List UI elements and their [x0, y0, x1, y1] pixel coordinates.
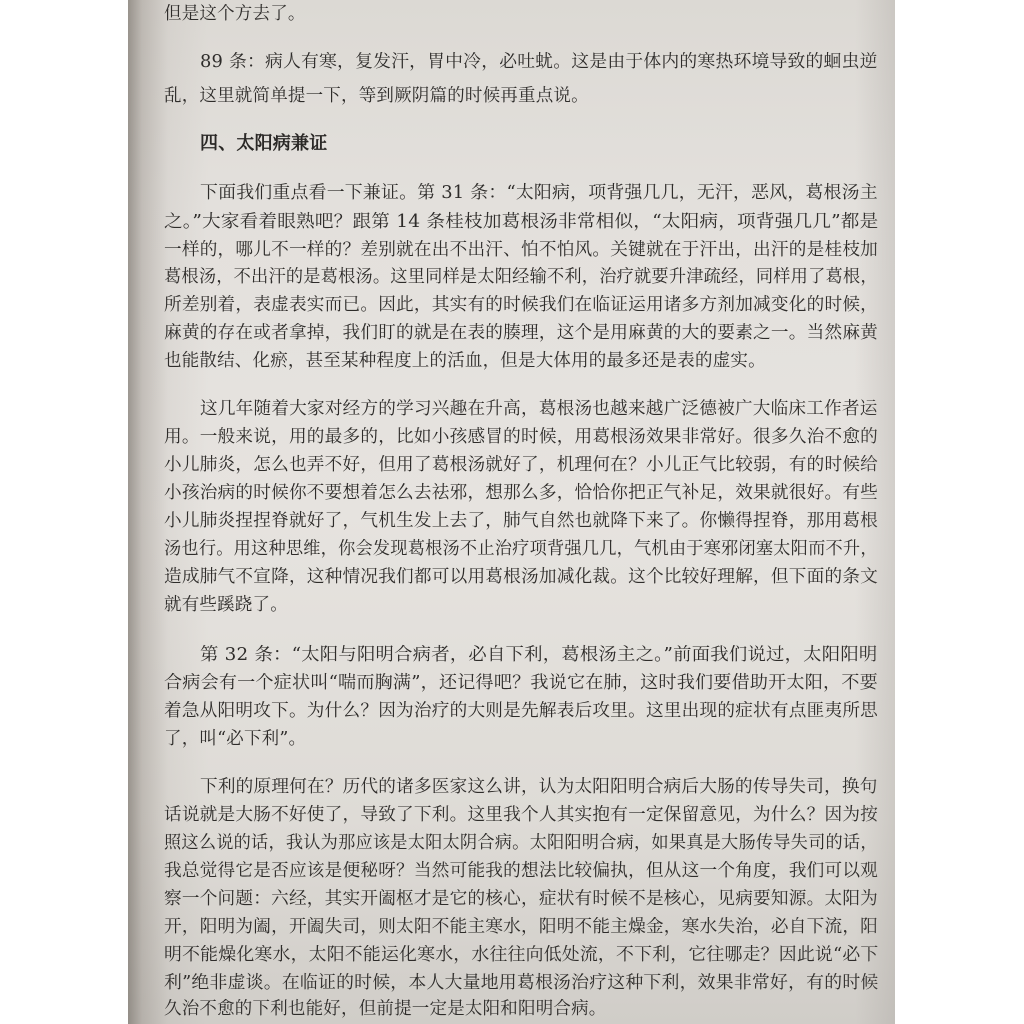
paragraph-gegen-line: 小孩治病的时候你不要想着怎么去祛邪，想那么多，恰恰你把正气补足，效果就很好。有些: [164, 481, 878, 505]
paragraph-31-line: 麻黄的存在或者拿掉，我们盯的就是在表的腠理，这个是用麻黄的大的要素之一。当然麻黄: [164, 321, 878, 345]
paragraph-xiali-line: 话说就是大肠不好使了，导致了下利。这里我个人其实抱有一定保留意见，为什么？因为按: [164, 803, 878, 827]
paragraph-xiali-line: 我总觉得它是否应该是便秘呀？当然可能我的想法比较偏执，但从这一个角度，我们可以观: [164, 859, 878, 883]
paragraph-89-line: 89 条：病人有寒，复发汗，胃中冷，必吐蚘。这是由于体内的寒热环境导致的蛔虫逆: [200, 50, 878, 74]
paragraph-xiali-line: 察一个问题：六经，其实开阖枢才是它的核心，症状有时候不是核心，见病要知源。太阳为: [164, 887, 878, 911]
paragraph-31-line: 一样的，哪儿不一样的？差别就在出不出汗、怕不怕风。关键就在于汗出，出汗的是桂枝加: [164, 238, 878, 262]
paragraph-gegen-line: 用。一般来说，用的最多的，比如小孩感冒的时候，用葛根汤效果非常好。很多久治不愈的: [164, 425, 878, 449]
paragraph-xiali-line: 照这么说的话，我认为那应该是太阳太阴合病。太阳阳明合病，如果真是大肠传导失司的话…: [164, 831, 878, 855]
paragraph-32-line: 了，叫“必下利”。: [164, 727, 306, 751]
paragraph-gegen-line: 汤也行。用这种思维，你会发现葛根汤不止治疗项背强几几，气机由于寒邪闭塞太阳而不升…: [164, 537, 878, 561]
paragraph-31-line: 下面我们重点看一下兼证。第 31 条：“太阳病，项背强几几，无汗，恶风，葛根汤主: [200, 181, 878, 205]
paragraph-31-line: 也能散结、化瘀，甚至某种程度上的活血，但是大体用的最多还是表的虚实。: [164, 349, 766, 373]
paragraph-32-line: 合病会有一个症状叫“喘而胸满”，还记得吧？我说它在肺，这时我们要借助开太阳，不要: [164, 671, 878, 695]
book-page: 但是这个方去了。 89 条：病人有寒，复发汗，胃中冷，必吐蚘。这是由于体内的寒热…: [128, 0, 895, 1024]
paragraph-gegen-line: 就有些蹊跷了。: [164, 593, 288, 617]
paragraph-32-line: 着急从阳明攻下。为什么？因为治疗的大则是先解表后攻里。这里出现的症状有点匪夷所思: [164, 699, 878, 723]
paragraph-xiali-line: 下利的原理何在？历代的诸多医家这么讲，认为太阳阳明合病后大肠的传导失司，换句: [200, 775, 878, 799]
paragraph-xiali-line: 利”绝非虚谈。在临证的时候，本人大量地用葛根汤治疗这种下利，效果非常好，有的时候: [164, 971, 878, 995]
paragraph-31-line: 葛根汤，不出汗的是葛根汤。这里同样是太阳经输不利，治疗就要升津疏经，同样用了葛根…: [164, 265, 878, 289]
paragraph-xiali-line: 开，阳明为阖，开阖失司，则太阳不能主寒水，阳明不能主燥金，寒水失治，必自下流，阳: [164, 915, 878, 939]
paragraph-xiali-line: 明不能燥化寒水，太阳不能运化寒水，水往往向低处流，不下利，它往哪走？因此说“必下: [164, 943, 878, 967]
section-heading: 四、太阳病兼证: [200, 132, 327, 156]
paragraph-31-line: 所差别着，表虚表实而已。因此，其实有的时候我们在临证运用诸多方剂加减变化的时候，: [164, 293, 878, 317]
paragraph-32-line: 第 32 条：“太阳与阳明合病者，必自下利，葛根汤主之。”前面我们说过，太阳阳明: [200, 643, 878, 667]
paragraph-89-line: 乱，这里就简单提一下，等到厥阴篇的时候再重点说。: [164, 84, 589, 108]
paragraph-gegen-line: 这几年随着大家对经方的学习兴趣在升高，葛根汤也越来越广泛德被广大临床工作者运: [200, 397, 878, 421]
paragraph-31-line: 之。”大家看着眼熟吧？跟第 14 条桂枝加葛根汤非常相似，“太阳病，项背强几几”…: [164, 210, 878, 234]
paragraph-gegen-line: 小儿肺炎，怎么也弄不好，但用了葛根汤就好了，机理何在？小儿正气比较弱，有的时候给: [164, 453, 878, 477]
paragraph-gegen-line: 小儿肺炎捏捏脊就好了，气机生发上去了，肺气自然也就降下来了。你懒得捏脊，那用葛根: [164, 509, 878, 533]
paragraph-xiali-line: 久治不愈的下利也能好，但前提一定是太阳和阳明合病。: [164, 997, 607, 1021]
paragraph-gegen-line: 造成肺气不宣降，这种情况我们都可以用葛根汤加减化裁。这个比较好理解，但下面的条文: [164, 565, 878, 589]
text-line: 但是这个方去了。: [164, 2, 306, 26]
